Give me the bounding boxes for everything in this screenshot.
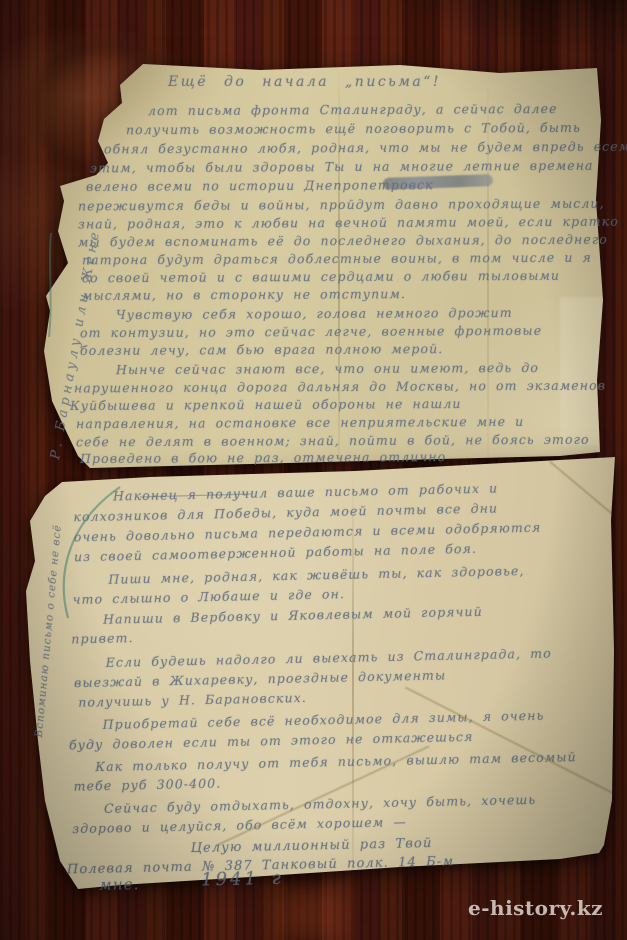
photo-vignette bbox=[0, 0, 627, 940]
site-watermark: e-history.kz bbox=[468, 896, 603, 920]
photo-of-letter: Ещё до начала „письма“! Р. Барнаулу или … bbox=[0, 0, 627, 940]
